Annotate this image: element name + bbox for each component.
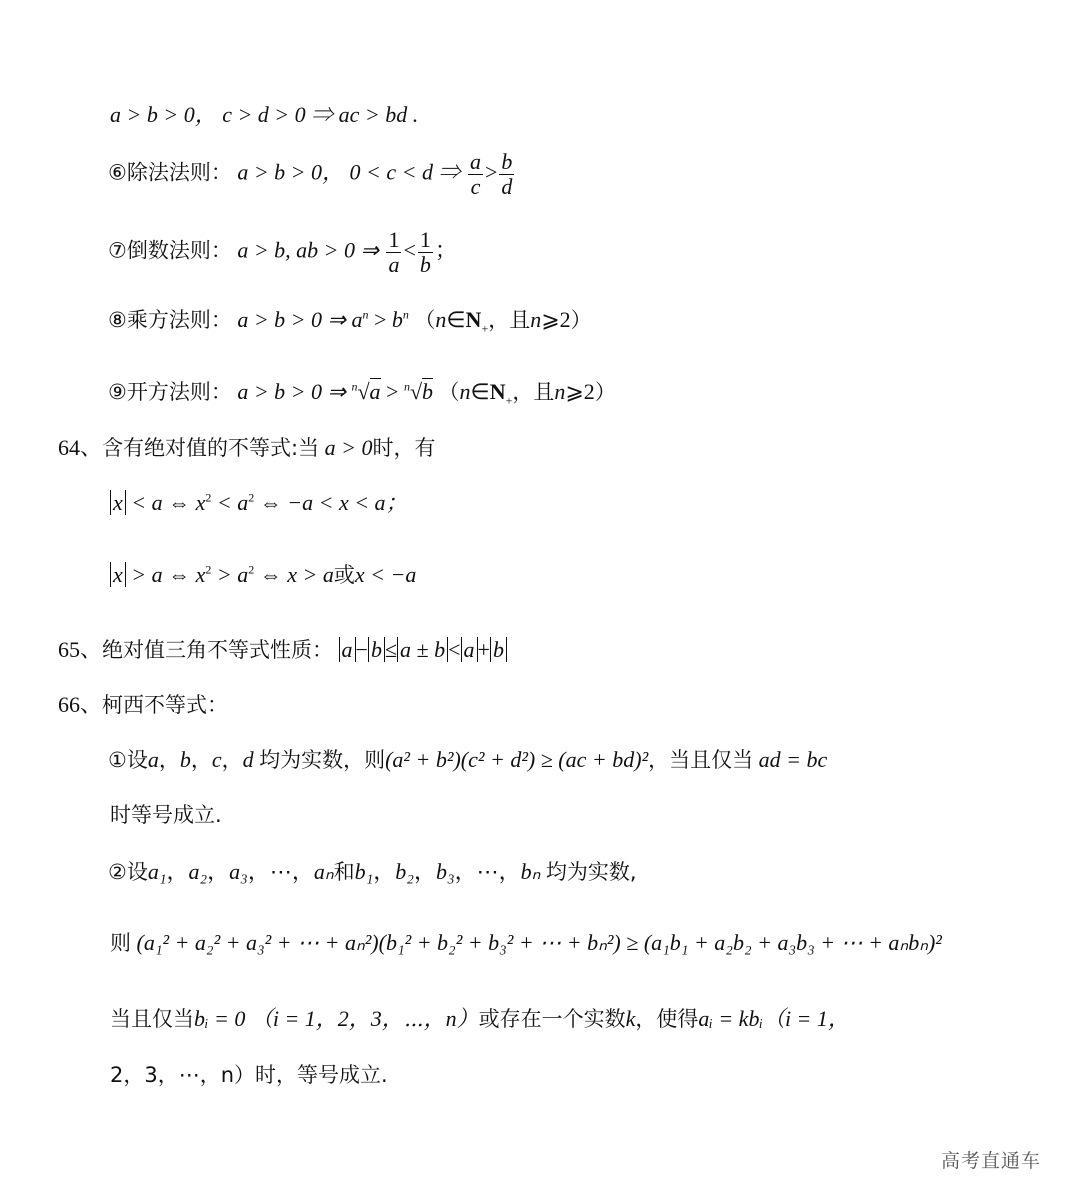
formula: a > b > 0， 0 < c < d ⇒ (237, 160, 460, 185)
operator: − (356, 637, 368, 662)
fraction: 1a (386, 228, 401, 277)
section-66-heading: 66、柯西不等式： (58, 690, 228, 720)
paren: （ (439, 380, 460, 404)
section-title: 绝对值三角不等式性质： (102, 638, 333, 662)
absolute-value: a (339, 637, 356, 662)
absolute-value: a ± b (397, 637, 448, 662)
var: d (243, 747, 254, 772)
relation: > (374, 307, 386, 332)
rule-division: ⑥除法法则： a > b > 0， 0 < c < d ⇒ ac>bd (108, 150, 516, 199)
ellipsis: ⋯ (477, 859, 499, 884)
text: 或存在一个实数 (479, 1007, 626, 1031)
radicand: b (422, 378, 433, 404)
formula: a > b > 0 ⇒ (237, 307, 346, 332)
cauchy-item-1: ①设a，b，c，d 均为实数，则(a² + b²)(c² + d²) ≥ (ac… (108, 745, 827, 775)
radical-icon: √ (410, 379, 422, 404)
text: 则 (110, 931, 131, 955)
absolute-value: a (461, 637, 478, 662)
var-x: x (196, 562, 206, 587)
radicand: a (370, 378, 381, 404)
and-word: 且 (509, 308, 530, 332)
var: b₁ (355, 859, 374, 884)
set-N: N (490, 379, 506, 404)
numerator: 1 (418, 228, 433, 253)
operator: ≤ (385, 637, 397, 662)
rule-label: 乘方法则： (127, 308, 232, 332)
text: 设 (127, 748, 148, 772)
cauchy-item-1-line2: 时等号成立. (110, 800, 222, 830)
var-x: x (196, 490, 206, 515)
paren: （ (414, 308, 435, 332)
numerator: 1 (386, 228, 401, 253)
rule-label: 倒数法则： (127, 239, 232, 263)
set-N: N (466, 307, 482, 332)
rule-root: ⑨开方法则： a > b > 0 ⇒ n√a > n√b （n∈N+，且n⩾2） (108, 377, 616, 407)
formula: ⇔ −a < x < a； (254, 490, 407, 515)
formula: （i = 1， (763, 1006, 850, 1031)
rule-label: 开方法则： (127, 380, 232, 404)
item-marker: ⑥ (108, 161, 127, 185)
base: b (392, 307, 403, 332)
ellipsis: ⋯ (270, 859, 292, 884)
item-marker: ① (108, 748, 127, 772)
formula: a > b, ab > 0 ⇒ (237, 238, 379, 263)
var: bₙ (521, 859, 541, 884)
cauchy-formula: (a² + b²)(c² + d²) ≥ (ac + bd)² (385, 747, 648, 772)
comma: ， (222, 748, 243, 772)
cauchy-item-2-line4: 2，3，⋯，n）时，等号成立. (110, 1060, 388, 1090)
var: a₂ (189, 859, 208, 884)
fraction: 1b (418, 228, 433, 277)
section-number: 65、 (58, 637, 102, 662)
and-word: 且 (533, 380, 554, 404)
formula: > a ⇔ (131, 562, 195, 587)
text: ，使得 (635, 1007, 698, 1031)
operator: < (448, 637, 460, 662)
watermark: 高考直通车 (941, 1146, 1041, 1173)
formula: > a (211, 562, 248, 587)
comma: ， (488, 308, 509, 332)
absolute-value: b (368, 637, 385, 662)
condition: ⩾2 (565, 379, 594, 404)
formula: a > b > 0， c > d > 0 ⇒ ac > bd . (110, 102, 418, 127)
var: a₁ (148, 859, 167, 884)
denominator: d (501, 175, 512, 199)
cauchy-item-2: ②设a₁，a₂，a₃，⋯，aₙ和b₁，b₂，b₃，⋯，bₙ 均为实数, (108, 857, 637, 887)
paren: ） (571, 308, 592, 332)
rule-reciprocal: ⑦倒数法则： a > b, ab > 0 ⇒ 1a<1b； (108, 228, 457, 277)
formula: a > b > 0 ⇒ (237, 379, 346, 404)
cauchy-item-2-condition: 当且仅当bᵢ = 0 （i = 1，2，3，⋯，n）或存在一个实数k，使得aᵢ … (110, 1004, 850, 1034)
relation: > (485, 160, 497, 185)
absolute-value: x (110, 490, 126, 515)
formula: ad = bc (759, 747, 828, 772)
var-n: n (530, 307, 541, 332)
section-65: 65、绝对值三角不等式性质： a−b≤a ± b<a+b (58, 635, 507, 665)
numerator: b (499, 150, 514, 175)
and-word: 和 (334, 860, 355, 884)
item-marker: ⑦ (108, 239, 127, 263)
denominator: b (420, 253, 431, 277)
var: b₂ (395, 859, 414, 884)
comma: ， (512, 380, 533, 404)
var-n: n (435, 307, 446, 332)
text: 当且仅当 (110, 1007, 194, 1031)
section-64-formula-2: x > a ⇔ x2 > a2 ⇔ x > a或x < −a (110, 560, 416, 590)
formula: < a ⇔ (131, 490, 195, 515)
denominator: c (471, 175, 481, 199)
var: c (212, 747, 222, 772)
text: 时，有 (372, 436, 435, 460)
text: 均为实数，则 (259, 748, 385, 772)
paren: ） (595, 380, 616, 404)
var: a₃ (229, 859, 248, 884)
rule-power: ⑧乘方法则： a > b > 0 ⇒ an > bn （n∈N+，且n⩾2） (108, 305, 592, 335)
formula: （i = 1，2，3，⋯，n） (251, 1006, 479, 1031)
operator: + (478, 637, 490, 662)
comma: ， (159, 748, 180, 772)
numerator: a (468, 150, 483, 175)
text: 设 (127, 860, 148, 884)
formula: aᵢ = kbᵢ (698, 1006, 763, 1031)
exponent: n (403, 308, 409, 322)
fraction: ac (468, 150, 483, 199)
multiplication-rule-tail: a > b > 0， c > d > 0 ⇒ ac > bd . (110, 100, 418, 130)
relation: > (386, 379, 398, 404)
section-number: 64、 (58, 435, 102, 460)
var: k (626, 1006, 636, 1031)
cauchy-item-2-formula: 则 (a₁² + a₂² + a₃² + ⋯ + aₙ²)(b₁² + b₂² … (110, 928, 942, 958)
section-64-heading: 64、含有绝对值的不等式:当 a > 0时，有 (58, 433, 435, 463)
comma: ， (191, 748, 212, 772)
var-n: n (460, 379, 471, 404)
var: b (180, 747, 191, 772)
section-title: 含有绝对值的不等式: (102, 436, 298, 460)
absolute-value: b (490, 637, 507, 662)
rule-label: 除法法则： (127, 161, 232, 185)
text: 2，3，⋯，n）时，等号成立. (110, 1063, 388, 1087)
text: ，当且仅当 (648, 748, 753, 772)
absolute-value: x (110, 562, 126, 587)
denominator: a (388, 253, 399, 277)
element-of: ∈ (471, 379, 490, 404)
section-number: 66、 (58, 692, 102, 717)
exponent: n (362, 308, 368, 322)
item-marker: ⑧ (108, 308, 127, 332)
formula: bᵢ = 0 (194, 1006, 245, 1031)
text: 时等号成立. (110, 803, 222, 827)
relation: < (403, 238, 415, 263)
section-title: 柯西不等式： (102, 693, 228, 717)
text: 均为实数, (546, 860, 637, 884)
formula: a > 0 (325, 435, 373, 460)
formula: ⇔ x > a (254, 562, 334, 587)
text: 当 (298, 436, 319, 460)
punctuation: ； (435, 238, 457, 263)
formula: < a (211, 490, 248, 515)
condition: ⩾2 (541, 307, 570, 332)
var: aₙ (314, 859, 334, 884)
var: b₃ (436, 859, 455, 884)
section-64-formula-1: x < a ⇔ x2 < a2 ⇔ −a < x < a； (110, 488, 408, 518)
base: a (351, 307, 362, 332)
var-n: n (554, 379, 565, 404)
fraction: bd (499, 150, 514, 199)
element-of: ∈ (446, 307, 465, 332)
or-word: 或 (334, 563, 355, 587)
item-marker: ⑨ (108, 380, 127, 404)
item-marker: ② (108, 860, 127, 884)
cauchy-general-formula: (a₁² + a₂² + a₃² + ⋯ + aₙ²)(b₁² + b₂² + … (137, 930, 942, 955)
radical-icon: √ (357, 379, 369, 404)
formula: x < −a (355, 562, 416, 587)
var: a (148, 747, 159, 772)
